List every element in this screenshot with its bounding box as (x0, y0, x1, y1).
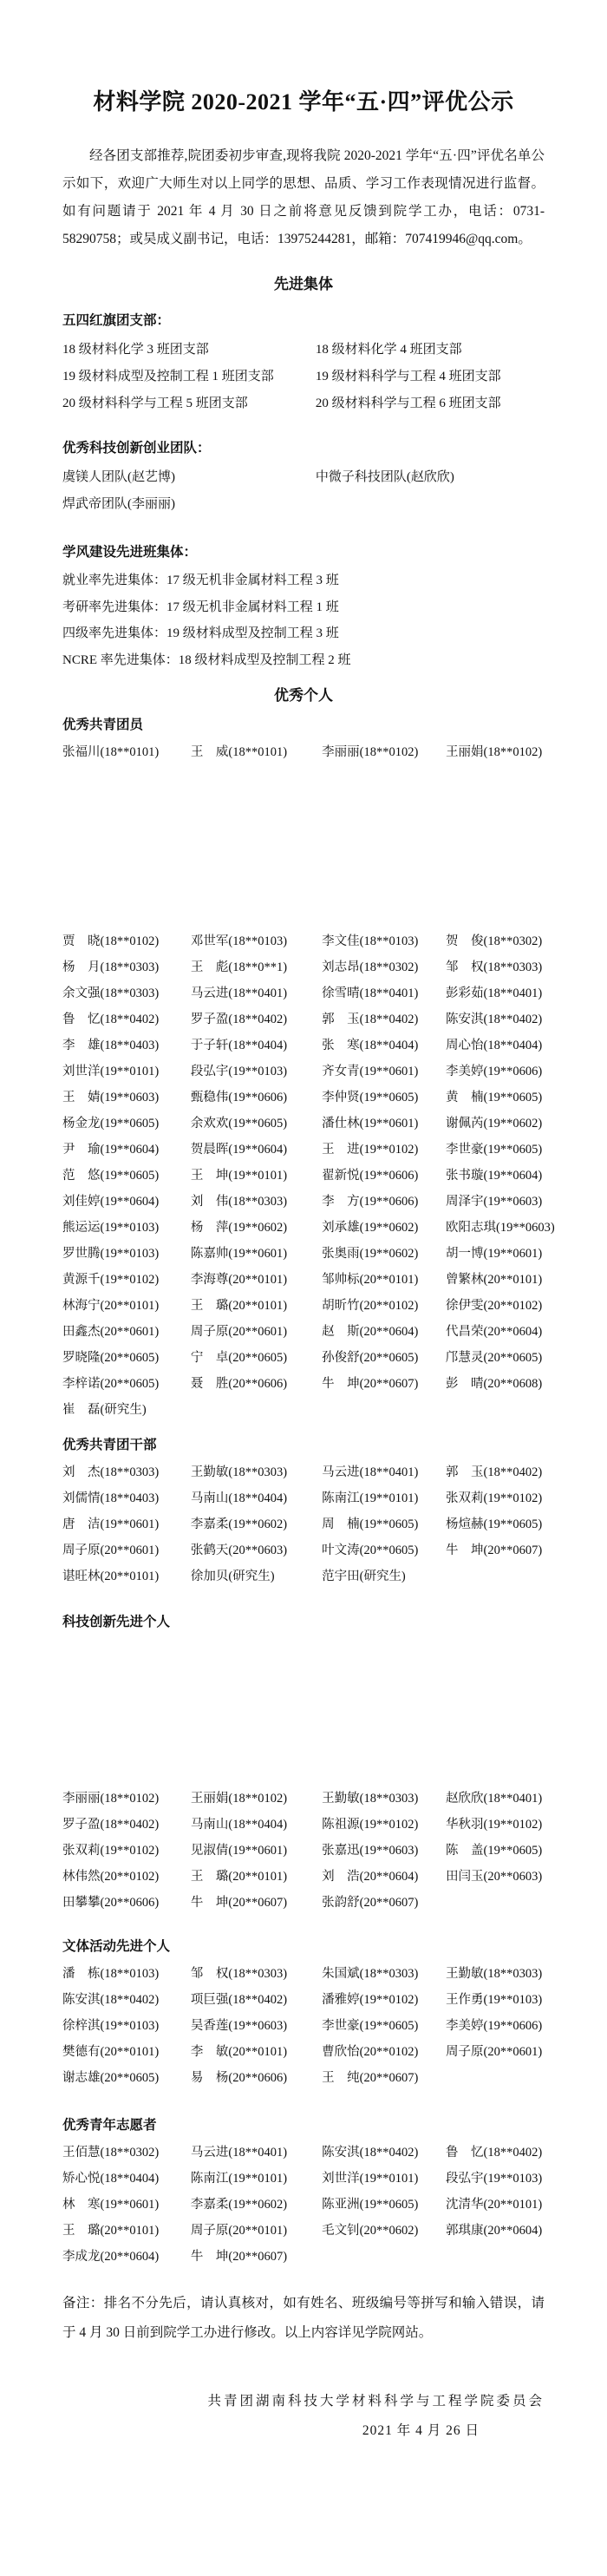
person-entry: 田攀攀(20**0606) (62, 1890, 191, 1916)
person-entry: 谢佩芮(19**0602) (446, 1111, 545, 1137)
person-entry: 唐 洁(19**0601) (62, 1511, 191, 1537)
person-entry: 段弘宇(19**0103) (191, 1059, 322, 1085)
person-entry: 谢志雄(20**0605) (62, 2065, 191, 2091)
person-entry: 杨 萍(19**0602) (191, 1215, 322, 1241)
collective-name: 19 级材料科学与工程 4 班团支部 (316, 364, 501, 390)
person-entry: 王 进(19**0102) (322, 1137, 446, 1163)
person-entry: 谌旺林(20**0101) (62, 1563, 191, 1590)
person-entry: 陈亚洲(19**0605) (322, 2192, 446, 2218)
person-entry: 贾 晓(18**0102) (62, 928, 191, 954)
person-entry: 徐伊雯(20**0102) (446, 1293, 545, 1319)
person-entry: 欧阳志琪(19**0603) (446, 1215, 555, 1241)
collective-name: 虞镁人团队(赵艺博) (62, 464, 316, 491)
pair-row: 19 级材料成型及控制工程 1 班团支部19 级材料科学与工程 4 班团支部 (62, 364, 545, 390)
subheading-culture-sports: 文体活动先进个人 (62, 1937, 545, 1957)
roster-row: 崔 磊(研究生) (62, 1397, 545, 1423)
person-entry: 樊德有(20**0101) (62, 2039, 191, 2065)
person-entry: 王 坤(19**0101) (191, 1163, 322, 1189)
roster-row: 矫心悦(18**0404)陈南江(19**0101)刘世洋(19**0101)段… (62, 2166, 545, 2192)
roster-row: 陈安淇(18**0402)项巨强(18**0402)潘雅婷(19**0102)王… (62, 1987, 545, 2013)
person-entry: 牛 坤(20**0607) (446, 1537, 545, 1563)
section-heading-advanced-collectives: 先进集体 (62, 274, 545, 295)
subheading-volunteers: 优秀青年志愿者 (62, 2115, 545, 2136)
pair-row: 虞镁人团队(赵艺博)中微子科技团队(赵欣欣) (62, 464, 545, 491)
person-entry: 王佰慧(18**0302) (62, 2140, 191, 2166)
roster-row: 徐梓淇(19**0103)吴香莲(19**0603)李世豪(19**0605)李… (62, 2013, 545, 2039)
person-entry: 孙俊舒(20**0605) (322, 1345, 446, 1371)
roster-row: 王 璐(20**0101)周子原(20**0101)毛文钊(20**0602)郭… (62, 2218, 545, 2244)
roster-row: 杨金龙(19**0605)余欢欢(19**0605)潘仕林(19**0601)谢… (62, 1111, 545, 1137)
person-entry: 马云进(18**0401) (191, 2140, 322, 2166)
league-cadres-roster: 刘 杰(18**0303)王勤敏(18**0303)马云进(18**0401)郭… (62, 1459, 545, 1590)
person-entry: 李丽丽(18**0102) (62, 1786, 191, 1812)
document-page: 材料学院 2020-2021 学年“五·四”评优公示 经各团支部推荐,院团委初步… (0, 85, 607, 2550)
person-entry: 李成龙(20**0604) (62, 2244, 191, 2270)
person-entry: 王 威(18**0101) (191, 739, 322, 765)
study-style-list: 就业率先进集体：17 级无机非金属材料工程 3 班考研率先进集体：17 级无机非… (62, 567, 545, 673)
roster-row: 罗晓隆(20**0605)宁 卓(20**0605)孙俊舒(20**0605)邝… (62, 1345, 545, 1371)
person-entry: 刘 伟(18**0303) (191, 1189, 322, 1215)
person-entry: 叶文涛(20**0605) (322, 1537, 446, 1563)
person-entry: 徐雪晴(18**0401) (322, 980, 446, 1006)
person-entry: 范宇田(研究生) (322, 1563, 446, 1590)
person-entry: 贺 俊(18**0302) (446, 928, 545, 954)
innovation-team-list: 虞镁人团队(赵艺博)中微子科技团队(赵欣欣)焊武帝团队(李丽丽) (62, 464, 545, 518)
person-entry: 尹 瑜(19**0604) (62, 1137, 191, 1163)
person-entry: 熊运运(19**0103) (62, 1215, 191, 1241)
person-entry: 王 璐(20**0101) (191, 1864, 322, 1890)
person-entry: 田闫玉(20**0603) (446, 1864, 545, 1890)
roster-row: 罗子盈(18**0402)马南山(18**0404)陈祖源(19**0102)华… (62, 1812, 545, 1838)
person-entry: 毛文钊(20**0602) (322, 2218, 446, 2244)
roster-row: 贾 晓(18**0102)邓世军(18**0103)李文佳(18**0103)贺… (62, 928, 545, 954)
person-entry: 吴香莲(19**0603) (191, 2013, 322, 2039)
person-entry: 张 寒(18**0404) (322, 1032, 446, 1059)
roster-row: 刘儒情(18**0403)马南山(18**0404)陈南江(19**0101)张… (62, 1485, 545, 1511)
person-entry: 潘仕林(19**0601) (322, 1111, 446, 1137)
person-entry: 彭 晴(20**0608) (446, 1371, 545, 1397)
person-entry: 曾繁林(20**0101) (446, 1267, 545, 1293)
person-entry: 马南山(18**0404) (191, 1812, 322, 1838)
tech-innovation-roster: 李丽丽(18**0102)王丽娟(18**0102)王勤敏(18**0303)赵… (62, 1786, 545, 1916)
roster-row: 谌旺林(20**0101)徐加贝(研究生)范宇田(研究生) (62, 1563, 545, 1590)
roster-row: 田攀攀(20**0606)牛 坤(20**0607)张韵舒(20**0607) (62, 1890, 545, 1916)
section-heading-outstanding-individuals: 优秀个人 (62, 685, 545, 706)
person-entry: 罗晓隆(20**0605) (62, 1345, 191, 1371)
person-entry: 罗子盈(18**0402) (62, 1812, 191, 1838)
person-entry: 华秋羽(19**0102) (446, 1812, 545, 1838)
person-entry: 刘儒情(18**0403) (62, 1485, 191, 1511)
person-entry: 李海尊(20**0101) (191, 1267, 322, 1293)
person-entry: 沈清华(20**0101) (446, 2192, 545, 2218)
person-entry: 周心怡(18**0404) (446, 1032, 545, 1059)
person-entry: 李美婷(19**0606) (446, 2013, 545, 2039)
person-entry: 陈安淇(18**0402) (446, 1006, 545, 1032)
roster-row: 王 婧(19**0603)甄稳伟(19**0606)李仲贤(19**0605)黄… (62, 1085, 545, 1111)
roster-row: 林 寒(19**0601)李嘉柔(19**0602)陈亚洲(19**0605)沈… (62, 2192, 545, 2218)
person-entry: 陈南江(19**0101) (191, 2166, 322, 2192)
collective-name: 20 级材料科学与工程 6 班团支部 (316, 390, 501, 417)
person-entry: 彭彩茹(18**0401) (446, 980, 545, 1006)
roster-row: 范 悠(19**0605)王 坤(19**0101)翟新悦(19**0606)张… (62, 1163, 545, 1189)
person-entry: 曹欣怡(20**0102) (322, 2039, 446, 2065)
person-entry: 崔 磊(研究生) (62, 1397, 191, 1423)
roster-row: 罗世腾(19**0103)陈嘉帅(19**0601)张奥雨(19**0602)胡… (62, 1241, 545, 1267)
person-entry: 刘志昂(18**0302) (322, 954, 446, 980)
list-line: 四级率先进集体：19 级材料成型及控制工程 3 班 (62, 620, 545, 647)
person-entry: 马云进(18**0401) (322, 1459, 446, 1485)
person-entry: 李世豪(19**0605) (446, 1137, 545, 1163)
person-entry: 黄 楠(19**0605) (446, 1085, 545, 1111)
person-entry: 李文佳(18**0103) (322, 928, 446, 954)
roster-row: 潘 栋(18**0103)邹 权(18**0303)朱国斌(18**0303)王… (62, 1961, 545, 1987)
person-entry: 贺晨晖(19**0604) (191, 1137, 322, 1163)
person-entry: 李丽丽(18**0102) (322, 739, 446, 765)
person-entry: 邹帅标(20**0101) (322, 1267, 446, 1293)
roster-row: 谢志雄(20**0605)易 杨(20**0606)王 纯(20**0607) (62, 2065, 545, 2091)
person-entry: 段弘宇(19**0103) (446, 2166, 545, 2192)
person-entry: 陈 盖(19**0605) (446, 1838, 545, 1864)
person-entry: 李 敏(20**0101) (191, 2039, 322, 2065)
person-entry: 代昌荣(20**0604) (446, 1319, 545, 1345)
person-entry: 余欢欢(19**0605) (191, 1111, 322, 1137)
pair-row: 焊武帝团队(李丽丽) (62, 491, 545, 518)
subheading-league-members: 优秀共青团员 (62, 715, 545, 736)
person-entry: 鲁 忆(18**0402) (62, 1006, 191, 1032)
roster-row: 李成龙(20**0604)牛 坤(20**0607) (62, 2244, 545, 2270)
person-entry: 李嘉柔(19**0602) (191, 1511, 322, 1537)
person-entry: 杨煊赫(19**0605) (446, 1511, 545, 1537)
collective-name: 18 级材料化学 4 班团支部 (316, 337, 462, 364)
page-break-gap (62, 765, 545, 925)
person-entry: 宁 卓(20**0605) (191, 1345, 322, 1371)
person-entry: 邹 权(18**0303) (191, 1961, 322, 1987)
person-entry: 陈南江(19**0101) (322, 1485, 446, 1511)
person-entry: 李嘉柔(19**0602) (191, 2192, 322, 2218)
league-members-roster-page1: 张福川(18**0101)王 威(18**0101)李丽丽(18**0102)王… (62, 739, 545, 765)
person-entry: 牛 坤(20**0607) (191, 1890, 322, 1916)
person-entry: 李梓诺(20**0605) (62, 1371, 191, 1397)
person-entry: 易 杨(20**0606) (191, 2065, 322, 2091)
person-entry: 张双莉(19**0102) (62, 1838, 191, 1864)
person-entry: 王 璐(20**0101) (62, 2218, 191, 2244)
roster-row: 李 雄(18**0403)于子轩(18**0404)张 寒(18**0404)周… (62, 1032, 545, 1059)
roster-row: 刘 杰(18**0303)王勤敏(18**0303)马云进(18**0401)郭… (62, 1459, 545, 1485)
person-entry: 张奥雨(19**0602) (322, 1241, 446, 1267)
roster-row: 张双莉(19**0102)见淑倩(19**0601)张嘉迅(19**0603)陈… (62, 1838, 545, 1864)
person-entry: 项巨强(18**0402) (191, 1987, 322, 2013)
person-entry: 陈祖源(19**0102) (322, 1812, 446, 1838)
person-entry: 邹 权(18**0303) (446, 954, 545, 980)
person-entry: 刘世洋(19**0101) (62, 1059, 191, 1085)
culture-sports-roster: 潘 栋(18**0103)邹 权(18**0303)朱国斌(18**0303)王… (62, 1961, 545, 2091)
person-entry: 田鑫杰(20**0601) (62, 1319, 191, 1345)
roster-row: 王佰慧(18**0302)马云进(18**0401)陈安淇(18**0402)鲁… (62, 2140, 545, 2166)
person-entry: 刘 浩(20**0604) (322, 1864, 446, 1890)
person-entry: 张福川(18**0101) (62, 739, 191, 765)
person-entry: 刘世洋(19**0101) (322, 2166, 446, 2192)
person-entry: 郭 玉(18**0402) (322, 1006, 446, 1032)
person-entry: 林 寒(19**0601) (62, 2192, 191, 2218)
roster-row: 余文强(18**0303)马云进(18**0401)徐雪晴(18**0401)彭… (62, 980, 545, 1006)
roster-row: 唐 洁(19**0601)李嘉柔(19**0602)周 楠(19**0605)杨… (62, 1511, 545, 1537)
subheading-study-style-collectives: 学风建设先进班集体： (62, 542, 545, 563)
person-entry: 王作勇(19**0103) (446, 1987, 545, 2013)
roster-row: 李丽丽(18**0102)王丽娟(18**0102)王勤敏(18**0303)赵… (62, 1786, 545, 1812)
person-entry: 李世豪(19**0605) (322, 2013, 446, 2039)
roster-row: 樊德有(20**0101)李 敏(20**0101)曹欣怡(20**0102)周… (62, 2039, 545, 2065)
person-entry: 林伟然(20**0102) (62, 1864, 191, 1890)
subheading-tech-innovation: 科技创新先进个人 (62, 1612, 545, 1633)
person-entry: 见淑倩(19**0601) (191, 1838, 322, 1864)
person-entry: 徐梓淇(19**0103) (62, 2013, 191, 2039)
issue-date: 2021 年 4 月 26 日 (62, 2421, 545, 2442)
person-entry: 王丽娟(18**0102) (446, 739, 545, 765)
person-entry: 潘雅婷(19**0102) (322, 1987, 446, 2013)
person-entry: 聂 胜(20**0606) (191, 1371, 322, 1397)
person-entry: 翟新悦(19**0606) (322, 1163, 446, 1189)
person-entry: 刘佳婷(19**0604) (62, 1189, 191, 1215)
person-entry: 朱国斌(18**0303) (322, 1961, 446, 1987)
person-entry: 马云进(18**0401) (191, 980, 322, 1006)
roster-row: 尹 瑜(19**0604)贺晨晖(19**0604)王 进(19**0102)李… (62, 1137, 545, 1163)
list-line: 考研率先进集体：17 级无机非金属材料工程 1 班 (62, 594, 545, 621)
person-entry: 罗世腾(19**0103) (62, 1241, 191, 1267)
person-entry: 王勤敏(18**0303) (446, 1961, 545, 1987)
subheading-red-flag-branches: 五四红旗团支部： (62, 311, 545, 331)
person-entry: 胡昕竹(20**0102) (322, 1293, 446, 1319)
person-entry: 刘承雄(19**0602) (322, 1215, 446, 1241)
person-entry: 陈安淇(18**0402) (322, 2140, 446, 2166)
pair-row: 20 级材料科学与工程 5 班团支部20 级材料科学与工程 6 班团支部 (62, 390, 545, 417)
person-entry: 张双莉(19**0102) (446, 1485, 545, 1511)
person-entry: 郭 玉(18**0402) (446, 1459, 545, 1485)
person-entry: 齐女青(19**0601) (322, 1059, 446, 1085)
person-entry: 王 璐(20**0101) (191, 1293, 322, 1319)
person-entry: 周子原(20**0101) (191, 2218, 322, 2244)
intro-paragraph: 经各团支部推荐,院团委初步审查,现将我院 2020-2021 学年“五·四”评优… (62, 142, 545, 253)
person-entry: 罗子盈(18**0402) (191, 1006, 322, 1032)
person-entry: 张嘉迅(19**0603) (322, 1838, 446, 1864)
person-entry: 徐加贝(研究生) (191, 1563, 322, 1590)
person-entry: 牛 坤(20**0607) (322, 1371, 446, 1397)
roster-row: 周子原(20**0601)张鹤天(20**0603)叶文涛(20**0605)牛… (62, 1537, 545, 1563)
person-entry: 陈嘉帅(19**0601) (191, 1241, 322, 1267)
person-entry: 林海宁(20**0101) (62, 1293, 191, 1319)
person-entry: 王勤敏(18**0303) (322, 1786, 446, 1812)
page-break-gap (62, 1633, 545, 1782)
person-entry: 李仲贤(19**0605) (322, 1085, 446, 1111)
person-entry: 牛 坤(20**0607) (191, 2244, 322, 2270)
person-entry: 周子原(20**0601) (62, 1537, 191, 1563)
person-entry: 李 雄(18**0403) (62, 1032, 191, 1059)
person-entry: 杨金龙(19**0605) (62, 1111, 191, 1137)
pair-row: 18 级材料化学 3 班团支部18 级材料化学 4 班团支部 (62, 337, 545, 364)
person-entry: 潘 栋(18**0103) (62, 1961, 191, 1987)
remark-paragraph: 备注：排名不分先后，请认真核对，如有姓名、班级编号等拼写和输入错误，请于 4 月… (62, 2289, 545, 2348)
roster-row: 黄源千(19**0102)李海尊(20**0101)邹帅标(20**0101)曾… (62, 1267, 545, 1293)
person-entry: 周子原(20**0601) (191, 1319, 322, 1345)
person-entry: 赵 斯(20**0604) (322, 1319, 446, 1345)
person-entry: 周子原(20**0601) (446, 2039, 545, 2065)
roster-row: 田鑫杰(20**0601)周子原(20**0601)赵 斯(20**0604)代… (62, 1319, 545, 1345)
roster-row: 鲁 忆(18**0402)罗子盈(18**0402)郭 玉(18**0402)陈… (62, 1006, 545, 1032)
list-line: 就业率先进集体：17 级无机非金属材料工程 3 班 (62, 567, 545, 594)
person-entry: 甄稳伟(19**0606) (191, 1085, 322, 1111)
person-entry: 赵欣欣(18**0401) (446, 1786, 545, 1812)
person-entry: 王 彪(18**0**1) (191, 954, 322, 980)
person-entry: 李美婷(19**0606) (446, 1059, 545, 1085)
person-entry: 胡一博(19**0601) (446, 1241, 545, 1267)
league-members-roster-page2: 贾 晓(18**0102)邓世军(18**0103)李文佳(18**0103)贺… (62, 928, 545, 1423)
person-entry: 王 纯(20**0607) (322, 2065, 446, 2091)
subheading-innovation-teams: 优秀科技创新创业团队： (62, 438, 545, 459)
roster-row: 刘世洋(19**0101)段弘宇(19**0103)齐女青(19**0601)李… (62, 1059, 545, 1085)
person-entry: 王 婧(19**0603) (62, 1085, 191, 1111)
person-entry: 杨 月(18**0303) (62, 954, 191, 980)
person-entry: 刘 杰(18**0303) (62, 1459, 191, 1485)
person-entry: 王丽娟(18**0102) (191, 1786, 322, 1812)
collective-name: 20 级材料科学与工程 5 班团支部 (62, 390, 316, 417)
person-entry: 李 方(19**0606) (322, 1189, 446, 1215)
roster-row: 杨 月(18**0303)王 彪(18**0**1)刘志昂(18**0302)邹… (62, 954, 545, 980)
roster-row: 林海宁(20**0101)王 璐(20**0101)胡昕竹(20**0102)徐… (62, 1293, 545, 1319)
person-entry: 余文强(18**0303) (62, 980, 191, 1006)
person-entry: 王勤敏(18**0303) (191, 1459, 322, 1485)
person-entry: 张韵舒(20**0607) (322, 1890, 446, 1916)
roster-row: 张福川(18**0101)王 威(18**0101)李丽丽(18**0102)王… (62, 739, 545, 765)
collective-name: 中微子科技团队(赵欣欣) (316, 464, 454, 491)
volunteers-roster: 王佰慧(18**0302)马云进(18**0401)陈安淇(18**0402)鲁… (62, 2140, 545, 2270)
roster-row: 李梓诺(20**0605)聂 胜(20**0606)牛 坤(20**0607)彭… (62, 1371, 545, 1397)
person-entry: 范 悠(19**0605) (62, 1163, 191, 1189)
list-line: NCRE 率先进集体：18 级材料成型及控制工程 2 班 (62, 647, 545, 674)
collective-name: 焊武帝团队(李丽丽) (62, 491, 316, 518)
collective-name: 18 级材料化学 3 班团支部 (62, 337, 316, 364)
person-entry: 周 楠(19**0605) (322, 1511, 446, 1537)
person-entry: 马南山(18**0404) (191, 1485, 322, 1511)
person-entry: 矫心悦(18**0404) (62, 2166, 191, 2192)
person-entry: 黄源千(19**0102) (62, 1267, 191, 1293)
person-entry: 张书璇(19**0604) (446, 1163, 545, 1189)
person-entry: 郭琪康(20**0604) (446, 2218, 545, 2244)
person-entry: 邝慧灵(20**0605) (446, 1345, 545, 1371)
person-entry: 陈安淇(18**0402) (62, 1987, 191, 2013)
roster-row: 刘佳婷(19**0604)刘 伟(18**0303)李 方(19**0606)周… (62, 1189, 545, 1215)
issuing-committee-signature: 共青团湖南科技大学材料科学与工程学院委员会 (62, 2391, 545, 2412)
person-entry: 鲁 忆(18**0402) (446, 2140, 545, 2166)
page-title: 材料学院 2020-2021 学年“五·四”评优公示 (62, 85, 545, 120)
roster-row: 熊运运(19**0103)杨 萍(19**0602)刘承雄(19**0602)欧… (62, 1215, 545, 1241)
subheading-league-cadres: 优秀共青团干部 (62, 1435, 545, 1456)
roster-row: 林伟然(20**0102)王 璐(20**0101)刘 浩(20**0604)田… (62, 1864, 545, 1890)
person-entry: 于子轩(18**0404) (191, 1032, 322, 1059)
collective-name: 19 级材料成型及控制工程 1 班团支部 (62, 364, 316, 390)
person-entry: 张鹤天(20**0603) (191, 1537, 322, 1563)
person-entry: 邓世军(18**0103) (191, 928, 322, 954)
person-entry: 周泽宇(19**0603) (446, 1189, 545, 1215)
red-flag-branch-list: 18 级材料化学 3 班团支部18 级材料化学 4 班团支部19 级材料成型及控… (62, 337, 545, 417)
